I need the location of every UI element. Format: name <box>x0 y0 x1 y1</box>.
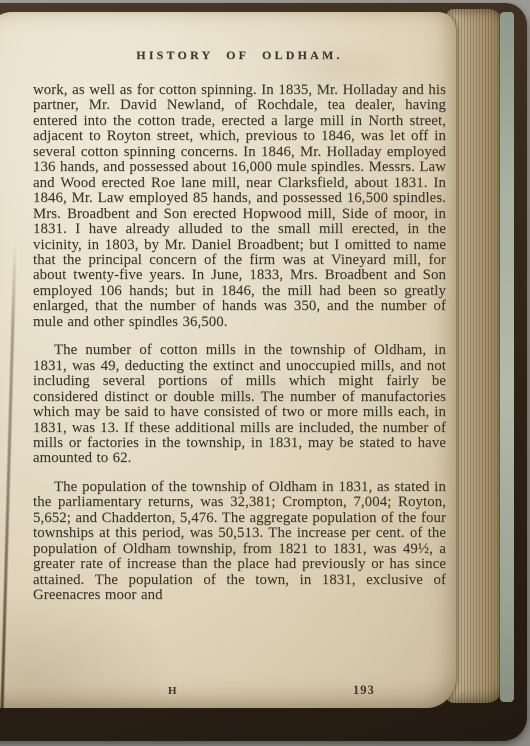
page-number: 193 <box>353 683 375 698</box>
paragraph-2: The number of cotton mills in the townsh… <box>33 343 446 467</box>
book-page: HISTORY OF OLDHAM. work, as well as for … <box>0 12 456 708</box>
paragraph-1: work, as well as for cotton spinning. In… <box>33 83 446 330</box>
page-content: HISTORY OF OLDHAM. work, as well as for … <box>33 48 446 604</box>
body-text: work, as well as for cotton spinning. In… <box>33 83 446 604</box>
signature-mark: H <box>168 685 177 697</box>
gutter-crease <box>0 242 16 714</box>
cover-cloth-edge <box>500 12 514 702</box>
photo-backdrop: HISTORY OF OLDHAM. work, as well as for … <box>0 0 530 746</box>
paragraph-3: The population of the township of Oldham… <box>33 480 446 604</box>
running-header: HISTORY OF OLDHAM. <box>33 48 446 63</box>
